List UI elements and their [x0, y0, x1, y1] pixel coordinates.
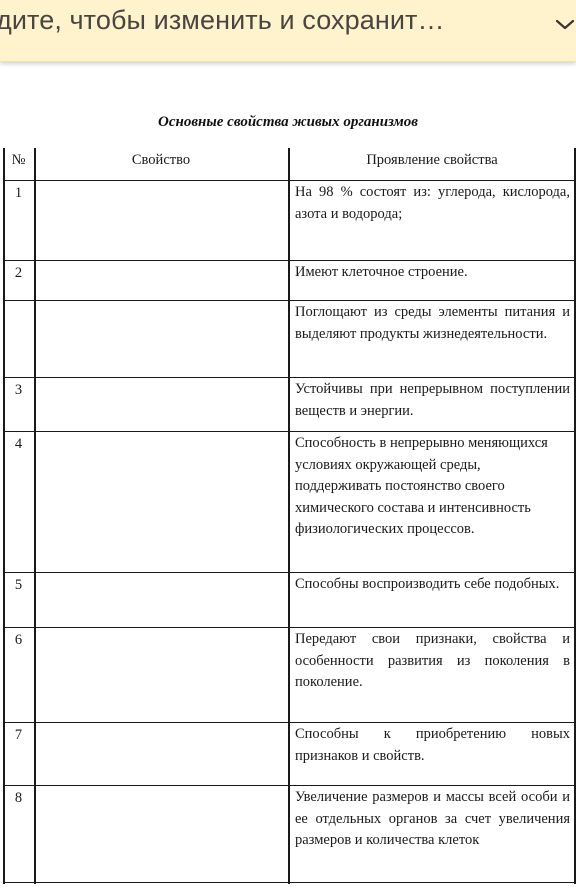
header-number: №	[3, 148, 34, 172]
header-manifestation: Проявление свойства	[288, 148, 576, 172]
column-divider-1	[34, 148, 36, 884]
row-number: 4	[3, 432, 34, 456]
column-divider-2	[288, 148, 290, 884]
document-title: Основные свойства живых организмов	[0, 114, 576, 131]
manifestation-cell: Увеличение размеров и массы всей особи и…	[295, 786, 570, 852]
table-row: 8Увеличение размеров и массы всей особи …	[3, 786, 576, 883]
header-property: Свойство	[34, 148, 288, 172]
table-header-row: №СвойствоПроявление свойства	[3, 148, 576, 181]
manifestation-cell: На 98 % состоят из: углерода, кислорода,…	[295, 181, 570, 225]
manifestation-cell: Поглощают из среды элементы питания и вы…	[295, 301, 570, 345]
table-row: 5Способны воспроизводить себе подобных.	[3, 573, 576, 628]
manifestation-cell: Передают свои признаки, свойства и особе…	[295, 628, 570, 694]
edit-banner[interactable]: дите, чтобы изменить и сохранит…	[0, 0, 576, 62]
manifestation-cell: Устойчивы при непрерывном поступлении ве…	[295, 378, 570, 422]
table-border-left	[3, 148, 5, 884]
table-row: 6Передают свои признаки, свойства и особ…	[3, 628, 576, 723]
table-row: 3Устойчивы при непрерывном поступлении в…	[3, 378, 576, 432]
banner-message[interactable]: дите, чтобы изменить и сохранит…	[0, 5, 445, 36]
manifestation-cell: Способность в непрерывно меняющихся усло…	[295, 432, 570, 541]
row-number: 2	[3, 261, 34, 285]
manifestation-cell: Способны к приобретению новых признаков …	[295, 723, 570, 767]
table-row: 7Способны к приобретению новых признаков…	[3, 723, 576, 786]
manifestation-cell: Имеют клеточное строение.	[295, 261, 570, 284]
row-number: 8	[3, 786, 34, 810]
manifestation-cell: Способны воспроизводить себе подобных.	[295, 573, 570, 596]
row-number: 7	[3, 723, 34, 747]
row-number: 6	[3, 628, 34, 652]
row-number: 3	[3, 378, 34, 402]
table-border-right	[574, 148, 576, 884]
row-number: 5	[3, 573, 34, 597]
table-row: 2Имеют клеточное строение.	[3, 261, 576, 301]
row-number: 1	[3, 181, 34, 205]
table-row: 4Способность в непрерывно меняющихся усл…	[3, 432, 576, 573]
chevron-down-icon[interactable]	[553, 12, 576, 36]
table-row: 1На 98 % состоят из: углерода, кислорода…	[3, 181, 576, 261]
table-row: Поглощают из среды элементы питания и вы…	[3, 301, 576, 378]
row-number	[3, 301, 34, 303]
